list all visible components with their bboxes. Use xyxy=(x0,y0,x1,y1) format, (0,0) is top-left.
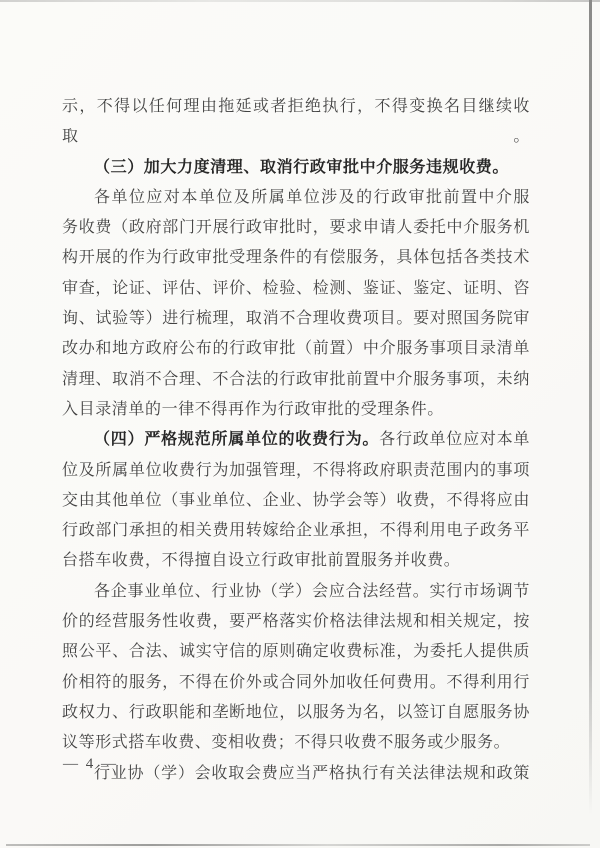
text-line: 价相符的服务，不得在价外或合同外加收任何费用。不得利用行 xyxy=(62,668,530,698)
scan-edge-right xyxy=(589,0,592,815)
text-line: 价的经营服务性收费，要严格落实价格法律法规和相关规定，按 xyxy=(62,607,530,637)
section-3-heading-line: （三）加大力度清理、取消行政审批中介服务违规收费。 xyxy=(62,153,530,183)
text-line: 清理、取消不合理、不合法的行政审批前置中介服务事项，未纳 xyxy=(62,365,530,395)
text-line: 询、试验等）进行梳理，取消不合理收费项目。要对照国务院审 xyxy=(62,304,530,334)
document-body: 示，不得以任何理由拖延或者拒绝执行，不得变换名目继续收取。 （三）加大力度清理、… xyxy=(62,92,530,789)
text-line: 构开展的作为行政审批受理条件的有偿服务，具体包括各类技术 xyxy=(62,243,530,273)
text-line: 行政部门承担的相关费用转嫁给企业承担，不得利用电子政务平 xyxy=(62,516,530,546)
text-line: 示，不得以任何理由拖延或者拒绝执行，不得变换名目继续收取。 xyxy=(62,92,530,153)
text-line: 台搭车收费，不得擅自设立行政审批前置服务并收费。 xyxy=(62,546,530,576)
text-line: 各企事业单位、行业协（学）会应合法经营。实行市场调节 xyxy=(62,577,530,607)
text-line: 入目录清单的一律不得再作为行政审批的受理条件。 xyxy=(62,395,530,425)
section-4-heading-bold: （四）严格规范所属单位的收费行为。 xyxy=(94,431,379,448)
scan-edge-bottom xyxy=(6,844,590,846)
section-4-lead-text: 各行政单位应对本单 xyxy=(379,431,530,448)
text-line: 交由其他单位（事业单位、企业、协学会等）收费，不得将应由 xyxy=(62,486,530,516)
text-line: 审查，论证、评估、评价、检验、检测、鉴证、鉴定、证明、咨 xyxy=(62,274,530,304)
section-4-heading-lead-line: （四）严格规范所属单位的收费行为。各行政单位应对本单 xyxy=(62,425,530,455)
text-line: 行业协（学）会收取会费应当严格执行有关法律法规和政策 xyxy=(62,759,530,789)
text-line: 各单位应对本单位及所属单位涉及的行政审批前置中介服 xyxy=(62,183,530,213)
document-page: 示，不得以任何理由拖延或者拒绝执行，不得变换名目继续收取。 （三）加大力度清理、… xyxy=(0,0,600,848)
text-line: 务收费（政府部门开展行政审批时，要求申请人委托中介服务机 xyxy=(62,213,530,243)
scan-edge-top xyxy=(0,0,600,2)
text-line: 照公平、合法、诚实守信的原则确定收费标准，为委托人提供质 xyxy=(62,637,530,667)
text-line: 议等形式搭车收费、变相收费；不得只收费不服务或少服务。 xyxy=(62,728,530,758)
text-line: 政权力、行政职能和垄断地位，以服务为名，以签订自愿服务协 xyxy=(62,698,530,728)
text-line: 位及所属单位收费行为加强管理，不得将政府职责范围内的事项 xyxy=(62,456,530,486)
text-line: 改办和地方政府公布的行政审批（前置）中介服务事项目录清单 xyxy=(62,334,530,364)
page-number: — 4 — xyxy=(63,756,118,773)
